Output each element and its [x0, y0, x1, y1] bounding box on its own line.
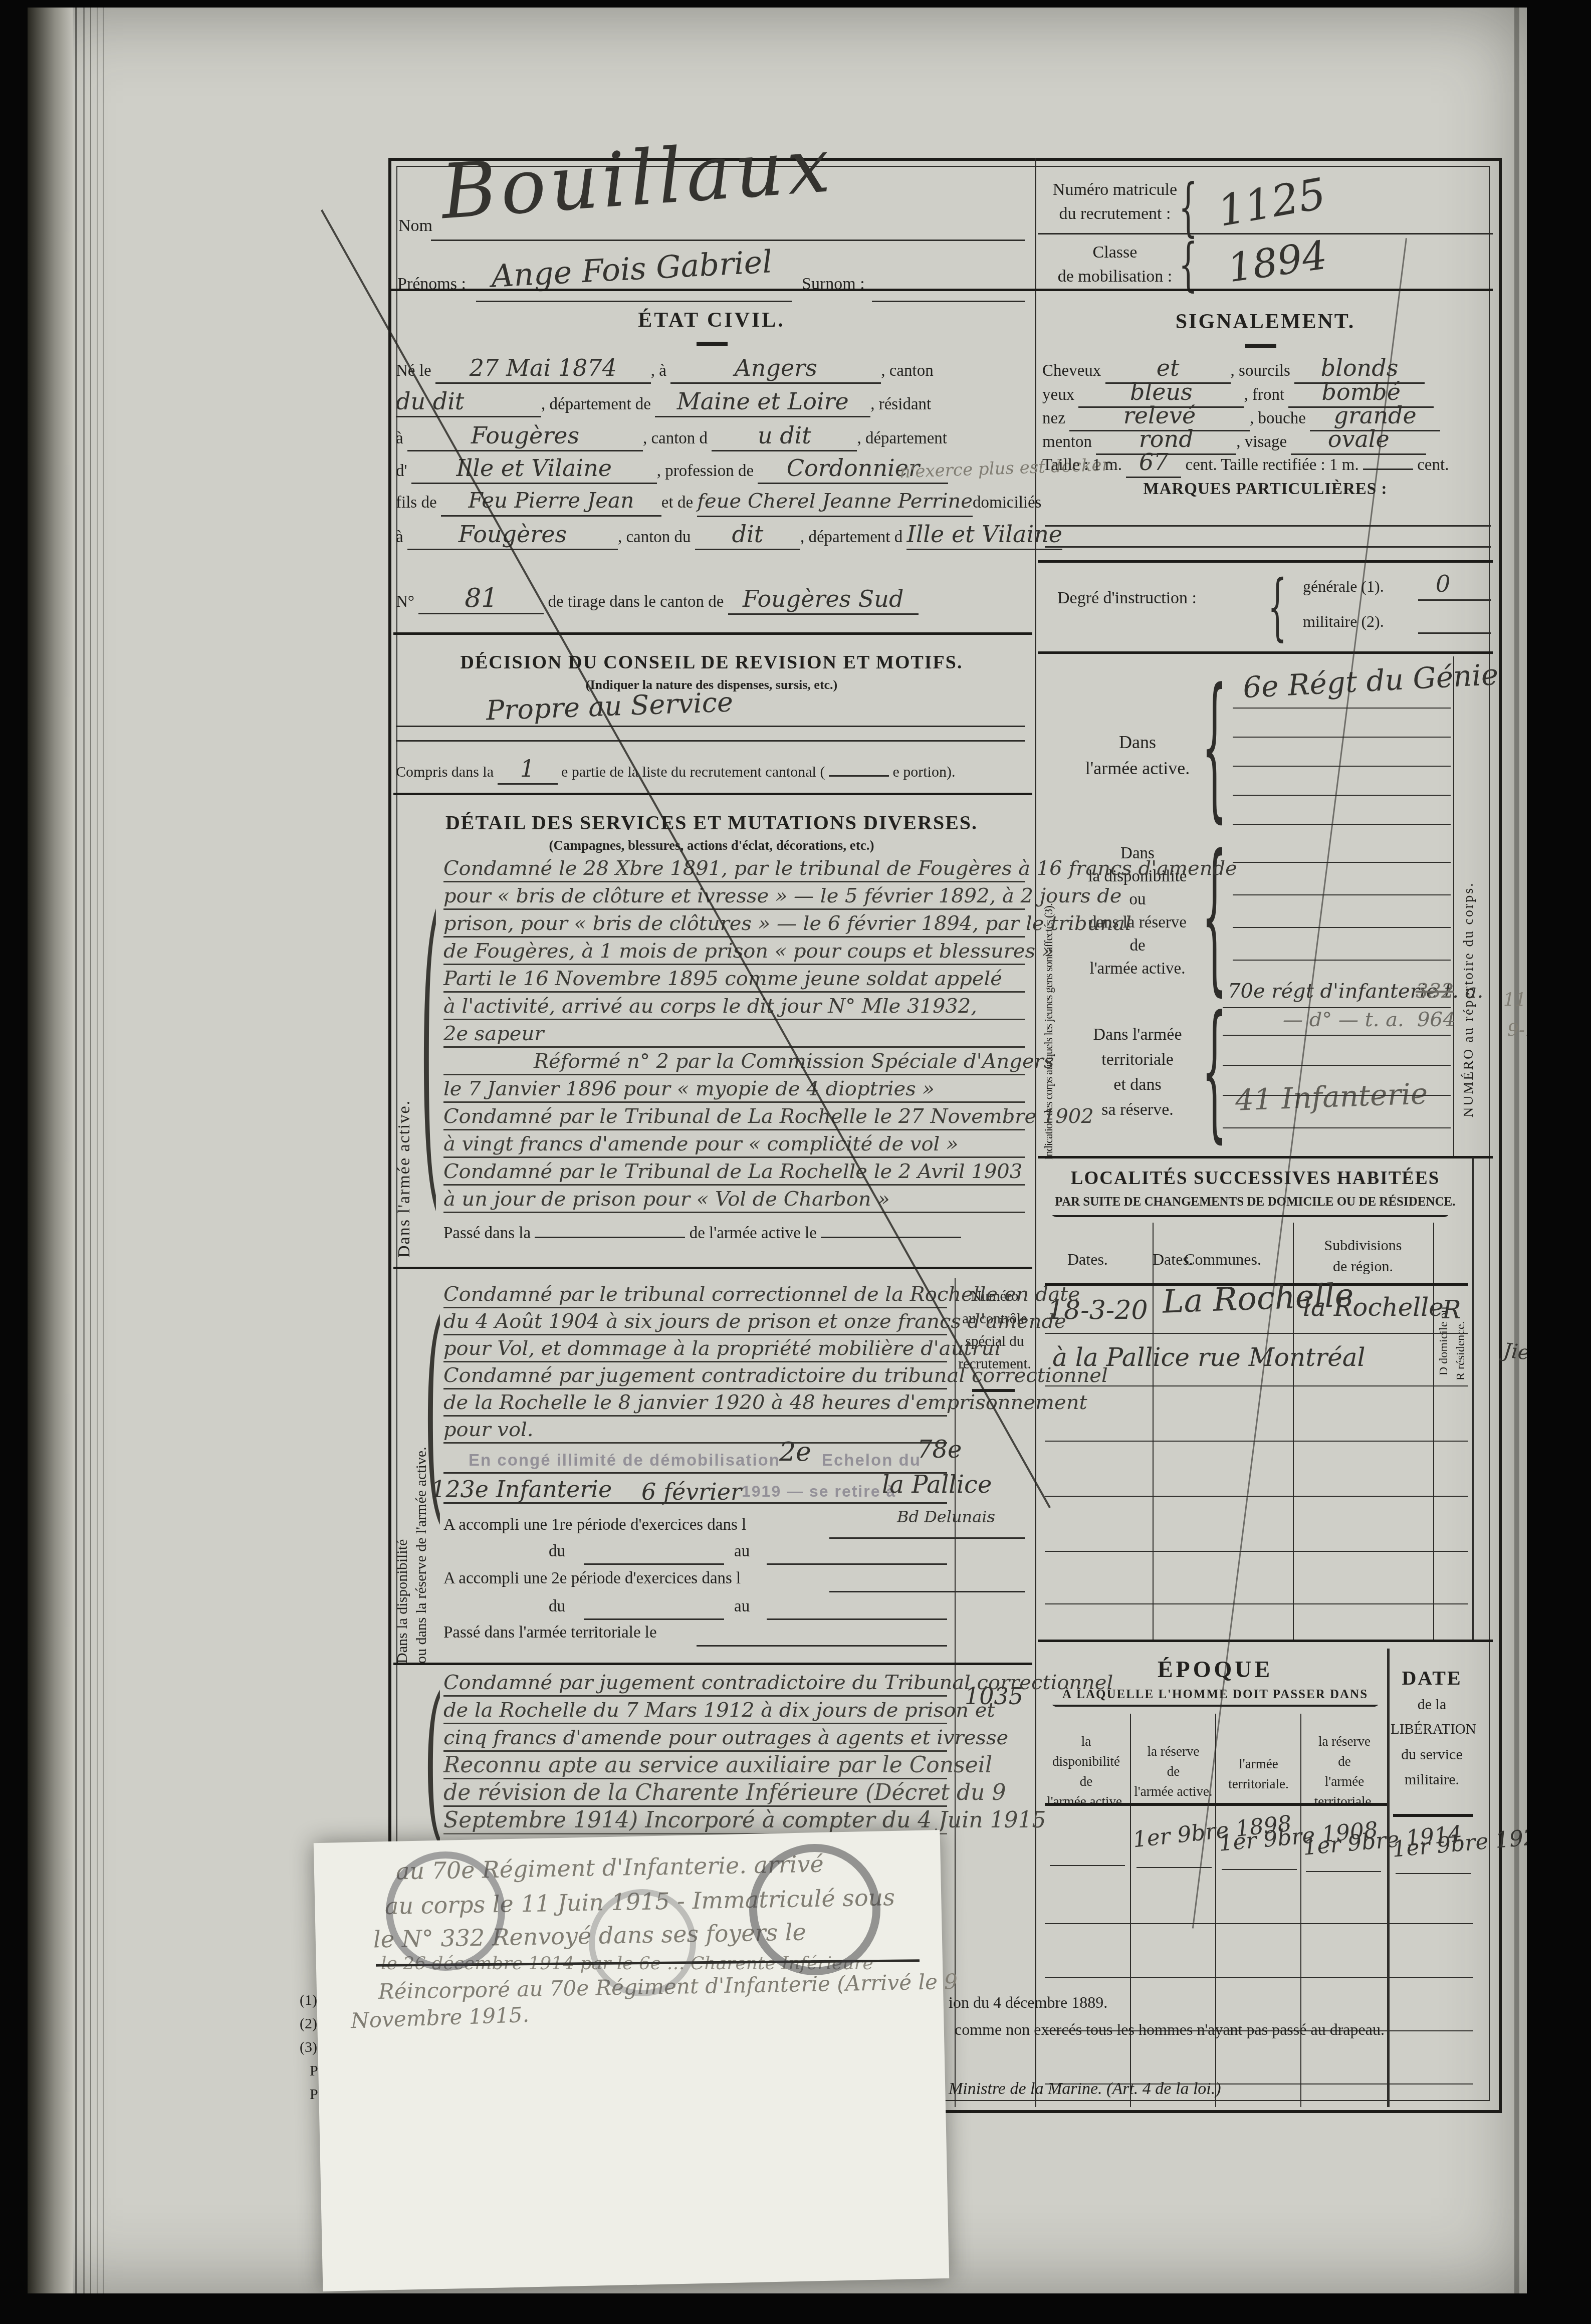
footnote-fragment-drapeau: comme non exercés tous les hommes n'ayan…: [955, 2020, 1385, 2039]
service-line: pour Vol, et dommage à la propriété mobi…: [443, 1336, 947, 1362]
nom-label: Nom: [398, 216, 432, 236]
footnote-fragment-marine: Ministre de la Marine. (Art. 4 de la loi…: [949, 2079, 1221, 2099]
rule: [1045, 1441, 1468, 1442]
militaire-label: militaire (2).: [1303, 612, 1384, 631]
service-line: prison, pour « bris de clôtures » — le 6…: [443, 911, 1025, 938]
epoque-col2-header: la réserve de l'armée active.: [1131, 1741, 1215, 1801]
divider: [393, 1267, 1032, 1269]
rule: [1233, 960, 1451, 961]
divider: [393, 793, 1032, 795]
passe-label-2: de l'armée active le: [690, 1224, 817, 1242]
service-line: de révision de la Charente Inférieure (D…: [443, 1780, 947, 1807]
round-stamp-icon: [749, 1844, 880, 1975]
service-line: pour « bris de clôture et ivresse » — le…: [443, 883, 1025, 910]
rule: [1045, 546, 1491, 548]
signalement-title: SIGNALEMENT.: [1035, 310, 1496, 334]
ne-le-label: Né le: [396, 362, 431, 380]
departement2-label: , département: [857, 429, 947, 447]
generale-value: 0: [1436, 570, 1450, 597]
rule: [1233, 927, 1451, 928]
rule: [1223, 1095, 1451, 1096]
epoque-date-header-l2: de la: [1391, 1696, 1473, 1713]
stamp-hw-pallice: la Pallice: [882, 1471, 992, 1499]
divider: [393, 1663, 1032, 1665]
book-spine-shadow: [28, 8, 73, 2293]
passe-blank-1: [535, 1237, 685, 1238]
rule: [1045, 1333, 1468, 1334]
page-edge-shadow: [1514, 8, 1519, 2293]
signalement-row-taille: Taille : 1 m. 67 cent. Taille rectifiée …: [1042, 447, 1449, 480]
service-line: du 4 Août 1904 à six jours de prison et …: [443, 1309, 947, 1335]
service-line: Réformé n° 2 par la Commission Spéciale …: [443, 1049, 1025, 1075]
naissance-lieu: Angers: [670, 353, 881, 384]
localites-title: LOCALITÉS SUCCESSIVES HABITÉES: [1035, 1168, 1476, 1189]
service-line: le 7 Janvier 1896 pour « myopie de 4 dio…: [443, 1076, 1025, 1103]
etat-civil-row-profession: d' Ille et Vilaine, profession de Cordon…: [396, 453, 948, 486]
d-label: d': [396, 462, 407, 480]
compris-label-1: Compris dans la: [396, 764, 494, 780]
mere-value: feue Cherel Jeanne Perrine: [697, 487, 973, 517]
corps-terr-entry2: — d° — t. a.: [1283, 1008, 1404, 1031]
rule: [1045, 1603, 1468, 1604]
rule: [1045, 1496, 1468, 1497]
epoque-date-header-rule: [1393, 1814, 1473, 1817]
etat-civil-row-domicile: à Fougères, canton du dit, département d…: [396, 520, 1062, 552]
service-line: Parti le 16 Novembre 1895 comme jeune so…: [443, 966, 1025, 993]
service-line: à un jour de prison pour « Vol de Charbo…: [443, 1187, 1025, 1213]
epoque-date-header-l1: DATE: [1391, 1666, 1473, 1690]
taille-label: Taille : 1 m.: [1042, 456, 1122, 474]
demobilisation-stamp-text: En congé illimité de démobilisation: [469, 1451, 780, 1470]
a3-label: à: [396, 528, 403, 546]
service-line: Condamné par le Tribunal de La Rochelle …: [443, 1159, 1025, 1186]
numero-col-border: [1453, 656, 1454, 1157]
header-bottom-rule: [391, 289, 1493, 291]
footnote-fragment-1889: ion du 4 décembre 1889.: [949, 1993, 1107, 2012]
rule: [1233, 737, 1451, 738]
canton-d-label: , canton d: [643, 429, 708, 447]
tirage-row: N° 81 de tirage dans le canton de Fougèr…: [396, 584, 919, 616]
decision-title: DÉCISION DU CONSEIL DE REVISION ET MOTIF…: [388, 651, 1035, 673]
footnote-5: P: [310, 2086, 318, 2103]
scan-border-top: [0, 0, 1591, 8]
classe-brace: {: [1179, 237, 1198, 294]
domicile-value: Fougères: [407, 520, 618, 550]
service-line: cinq francs d'amende pour outrages à age…: [443, 1725, 947, 1752]
service-line: à vingt francs d'amende pour « complicit…: [443, 1131, 1025, 1158]
epoque-col1-header: la disponibilité de l'armée active.: [1042, 1731, 1130, 1811]
no-tirage-value: 81: [418, 584, 544, 614]
localites-col-subdiv: Subdivisions de région.: [1293, 1235, 1433, 1277]
degre-label: Degré d'instruction :: [1057, 589, 1197, 608]
rule: [829, 1537, 1025, 1539]
rule: [1306, 1871, 1381, 1872]
service-line: Condamné le 28 Xbre 1891, par le tribuna…: [443, 856, 1025, 882]
rule: [1045, 1551, 1468, 1552]
prenoms-underline: [476, 301, 792, 302]
epoque-col4-header: la réserve de l'armée territoriale.: [1302, 1731, 1387, 1811]
rule: [1233, 824, 1451, 825]
departement3-value: Ille et Vilaine: [411, 453, 657, 484]
retire-stamp-text: 1919 — se retire à: [742, 1482, 896, 1501]
degre-brace: {: [1268, 571, 1287, 643]
rule: [767, 1563, 947, 1565]
epoque-date-header-l5: militaire.: [1391, 1771, 1473, 1788]
epoque-date-header-l3: LIBÉRATION: [1391, 1721, 1473, 1738]
divider: [393, 632, 1032, 635]
rule: [1045, 1977, 1473, 1978]
au-label: au: [734, 1597, 750, 1616]
localites-col-communes: Communes.: [1153, 1250, 1293, 1269]
service-line: de la Rochelle du 7 Mars 1912 à dix jour…: [443, 1698, 947, 1724]
taille-rectifiee-blank: [1363, 469, 1413, 470]
compris-label-2: e partie de la liste du recrutement cant…: [561, 764, 825, 780]
spine-line: [90, 8, 91, 2293]
fils-de-label: fils de: [396, 494, 437, 512]
stamp-signature: Bd Delunais: [897, 1507, 995, 1526]
stamp-hw-2e: 2e: [779, 1437, 811, 1467]
rule: [584, 1563, 724, 1565]
au-label: au: [734, 1542, 750, 1561]
scanned-military-register-page: Nom Bouillaux Prénoms : Ange Fois Gabrie…: [0, 0, 1591, 2324]
rule: [1045, 525, 1491, 527]
title-flourish: [697, 342, 728, 346]
services-title: DÉTAIL DES SERVICES ET MUTATIONS DIVERSE…: [388, 811, 1035, 834]
rule: [1233, 894, 1451, 895]
rule: [1045, 1385, 1468, 1386]
corps-terr-entry2-numero: 964: [1417, 1008, 1455, 1031]
scan-border-bottom: [0, 2293, 1591, 2324]
rule: [1233, 795, 1451, 796]
marques-label: MARQUES PARTICULIÈRES :: [1035, 480, 1496, 499]
rule: [1045, 1923, 1473, 1924]
a-label: , à: [651, 362, 666, 380]
etat-civil-row-residence: à Fougères, canton d u dit, département: [396, 421, 947, 453]
departement-d-label: , département d: [800, 528, 902, 546]
service-line: Condamné par jugement contradictoire du …: [443, 1670, 947, 1697]
services-block1-brace: (: [420, 882, 439, 1213]
services-block3-brace: (: [424, 1676, 443, 1846]
localites-row1-dr: R: [1442, 1295, 1461, 1324]
rule: [1223, 1035, 1451, 1036]
corps-active-label: Dans l'armée active.: [1072, 729, 1203, 781]
periode2-label: A accompli une 2e période d'exercices da…: [443, 1569, 741, 1588]
epoque-col-border: [1215, 1714, 1216, 2107]
spine-line: [83, 8, 85, 2293]
nom-underline: [431, 240, 1025, 241]
corps-indication-vertical-label: Indication des corps auxquels les jeunes…: [1042, 659, 1055, 1160]
rule: [1418, 632, 1491, 634]
epoque-date-header-l4: du service: [1391, 1746, 1473, 1763]
stamp-hw-date: 6 février: [641, 1478, 742, 1505]
stamp-hw-regiment: 78e: [917, 1436, 962, 1464]
compris-portion-blank: [829, 775, 889, 777]
matricule-brace: {: [1179, 176, 1198, 240]
sidebar-disponibilite-1: Dans la disponibilité: [394, 1283, 411, 1664]
service-line: Condamné par le tribunal correctionnel d…: [443, 1282, 947, 1308]
compris-row: Compris dans la 1 e partie de la liste d…: [396, 754, 955, 787]
canton-du-label: , canton du: [618, 528, 691, 546]
service-line: Condamné par le Tribunal de La Rochelle …: [443, 1104, 1025, 1130]
taille-value: 67: [1126, 447, 1181, 478]
rule: [396, 726, 1025, 727]
naissance-date: 27 Mai 1874: [435, 353, 651, 384]
rule: [1223, 1065, 1451, 1066]
canton-value: du dit: [396, 387, 541, 417]
service-line: à l'activité, arrivé au corps le dit jou…: [443, 994, 1025, 1020]
stamp-hw-infanterie: 123e Infanterie: [431, 1476, 612, 1503]
rule: [396, 740, 1025, 742]
rule: [1233, 862, 1451, 863]
rule: [1222, 1869, 1297, 1870]
passe-blank-2: [821, 1237, 961, 1238]
passe-armee-active-row: Passé dans la de l'armée active le: [443, 1219, 961, 1248]
epoque-date-col-border: [1387, 1649, 1390, 2107]
scan-border-left: [0, 0, 28, 2324]
surnom-underline: [872, 301, 1025, 302]
sidebar-armee-active: Dans l'armée active.: [395, 862, 414, 1258]
taille-rectifiee-label: cent. Taille rectifiée : 1 m.: [1186, 456, 1359, 474]
rule: [1396, 1873, 1471, 1874]
divider: [1038, 1640, 1493, 1642]
rule: [1418, 599, 1491, 601]
rule: [697, 1645, 947, 1647]
service-line: Septembre 1914) Incorporé à compter du 4…: [443, 1808, 947, 1834]
echelon-stamp-text: Echelon du: [822, 1451, 921, 1470]
round-stamp-icon: [589, 1889, 696, 1996]
service-line: de Fougères, à 1 mois de prison « pour c…: [443, 939, 1025, 965]
canton-label: , canton: [881, 362, 933, 380]
divider: [1038, 651, 1493, 654]
rule: [1233, 766, 1451, 767]
service-line: de la Rochelle le 8 janvier 1920 à 48 he…: [443, 1390, 947, 1417]
canton2-value: u dit: [712, 421, 857, 451]
profession-de-label: , profession de: [657, 462, 754, 480]
departement-value: Maine et Loire: [655, 387, 870, 417]
epoque-col3-header: l'armée territoriale.: [1217, 1754, 1300, 1794]
du-label: du: [549, 1597, 565, 1616]
classe-label: Classe de mobilisation :: [1045, 241, 1185, 289]
corps-terr-entry1-numero: 332: [1416, 980, 1454, 1003]
service-line: Reconnu apte au service auxiliaire par l…: [443, 1753, 947, 1779]
periode1-label: A accompli une 1re période d'exercices d…: [443, 1516, 746, 1534]
footnote-4: P: [310, 2062, 318, 2079]
corps-active-brace: {: [1202, 669, 1227, 825]
tirage-label: de tirage dans le canton de: [548, 593, 724, 611]
matricule-label: Numéro matricule du recrutement :: [1045, 178, 1185, 226]
header-right-divider: [1038, 233, 1493, 235]
service-line: Condamné par jugement contradictoire du …: [443, 1363, 947, 1389]
rule: [1233, 708, 1451, 709]
a2-label: à: [396, 429, 403, 447]
rule: [767, 1618, 947, 1620]
du-label: du: [549, 1542, 565, 1561]
localites-subtitle: PAR SUITE DE CHANGEMENTS DE DOMICILE OU …: [1035, 1195, 1476, 1209]
localites-col-border: [1472, 1157, 1474, 1640]
residant-label: , résidant: [870, 395, 931, 413]
corps-terr-brace: {: [1202, 997, 1227, 1145]
passe-label-1: Passé dans la: [443, 1224, 531, 1242]
etat-civil-row-naissance: Né le 27 Mai 1874, à Angers, canton: [396, 353, 934, 385]
epoque-header-rule: [1045, 1803, 1387, 1806]
spine-line: [97, 8, 98, 2293]
generale-label: générale (1).: [1303, 577, 1384, 596]
numero-repertoire-vertical-label: NUMÉRO au répertoire du corps.: [1461, 666, 1477, 1117]
scan-border-right: [1527, 0, 1591, 2324]
rule: [1223, 1127, 1451, 1128]
divider: [1038, 560, 1493, 563]
services-subtitle: (Campagnes, blessures, actions d'éclat, …: [388, 838, 1035, 853]
service-line: pour vol.: [443, 1417, 947, 1444]
localites-row1-subdiv: la Rochelle: [1303, 1293, 1444, 1322]
service-line: 2e sapeur: [443, 1021, 1025, 1048]
etat-civil-title: ÉTAT CIVIL.: [388, 308, 1035, 332]
spine-line: [75, 8, 77, 2293]
departement-de-label: , département de: [541, 395, 651, 413]
rule: [443, 1472, 947, 1474]
passe-territoriale-label: Passé dans l'armée territoriale le: [443, 1623, 657, 1642]
etat-civil-row-canton: du dit, département de Maine et Loire, r…: [396, 387, 931, 419]
tirage-canton-value: Fougères Sud: [728, 584, 919, 615]
departement4-value: Ille et Vilaine: [906, 520, 1062, 550]
spine-line: [103, 8, 104, 2293]
rule: [829, 1591, 1025, 1592]
rule: [1050, 1865, 1125, 1866]
pere-value: Feu Pierre Jean: [441, 486, 661, 517]
canton3-value: dit: [695, 520, 800, 550]
round-stamp-icon: [386, 1851, 505, 1971]
corps-terr-entry3: 41 Infanterie: [1235, 1076, 1428, 1117]
compris-no: 1: [498, 754, 558, 785]
compris-label-3: e portion).: [892, 764, 955, 780]
domicilies-label: domiciliés: [973, 494, 1041, 512]
cent-label: cent.: [1417, 456, 1449, 474]
localites-col-dates-label: Dates.: [1067, 1250, 1108, 1269]
epoque-col-border: [1130, 1714, 1131, 2107]
divider: [1038, 1156, 1493, 1158]
no-label: N°: [396, 593, 414, 611]
epoque-col-border: [1300, 1714, 1301, 2107]
et-de-label: et de: [661, 494, 693, 512]
title-flourish: [1245, 344, 1276, 348]
rule: [584, 1618, 724, 1620]
